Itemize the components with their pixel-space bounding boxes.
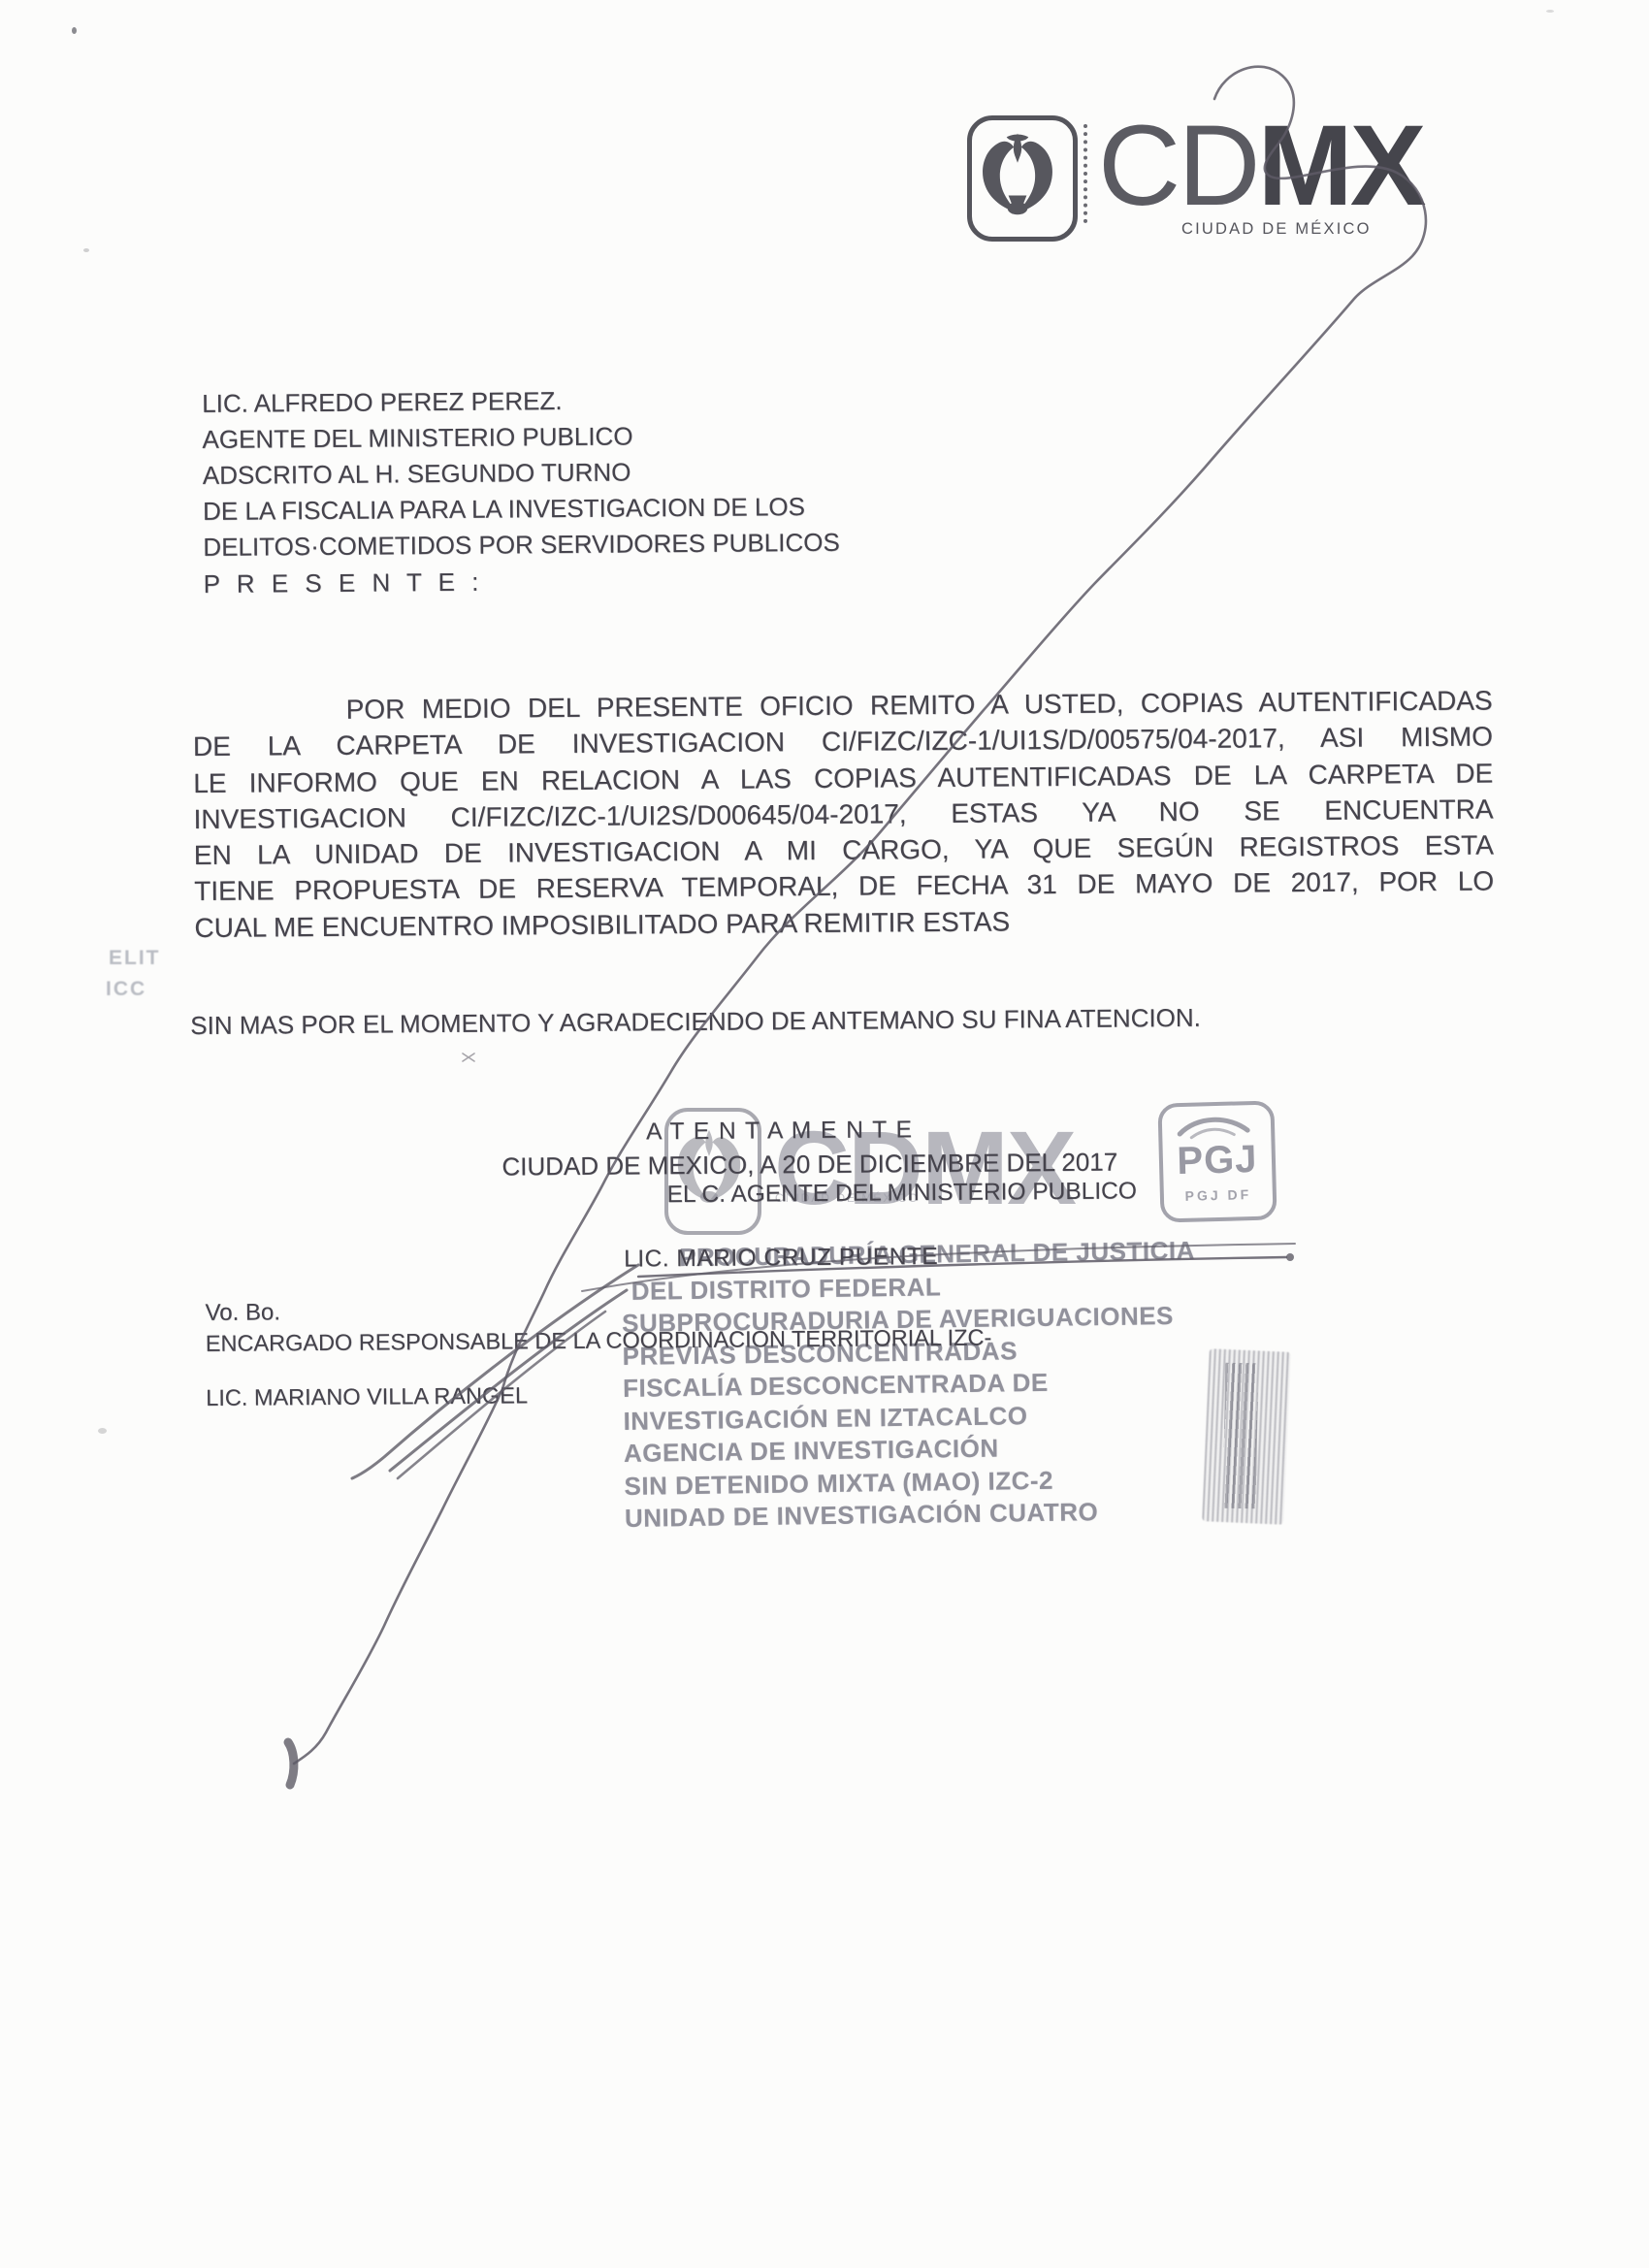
recipient-line: P R E S E N T E : <box>204 562 841 602</box>
body-line: POR MEDIO DEL PRESENTE OFICIO REMITO A U… <box>193 682 1493 729</box>
eagle-icon <box>972 120 1063 227</box>
tiny-x-mark <box>463 1053 474 1061</box>
pen-curl <box>390 1290 627 1471</box>
stamp-pgj-box: PGJ PGJ DF <box>1157 1100 1277 1222</box>
office-stamp-line: UNIDAD DE INVESTIGACIÓN CUATRO <box>625 1495 1199 1536</box>
underline-end-dot <box>1286 1253 1294 1261</box>
cdmx-logo-wordmark: CDMX <box>1098 109 1423 223</box>
stamp-edge-fragment: ELIT <box>109 947 161 970</box>
recipient-line: AGENTE DEL MINISTERIO PUBLICO <box>202 417 839 458</box>
office-stamp-text: PROCURADURÍA GENERAL DE JUSTICIA DEL DIS… <box>621 1235 1199 1536</box>
scan-speck <box>98 1428 107 1434</box>
recipient-block: LIC. ALFREDO PEREZ PEREZ. AGENTE DEL MIN… <box>202 381 840 602</box>
vobo-name: LIC. MARIANO VILLA RANGEL <box>206 1382 528 1411</box>
stamp-cdmx-emblem <box>664 1108 761 1235</box>
pen-curl <box>398 1312 605 1478</box>
scan-speck <box>1546 10 1554 13</box>
stamp-pgj-initials: PGJ <box>1162 1138 1272 1184</box>
ink-smudge <box>1223 1363 1259 1509</box>
body-line: DE LA CARPETA DE INVESTIGACION CI/FIZC/I… <box>193 719 1493 765</box>
recipient-line: DE LA FISCALIA PARA LA INVESTIGACION DE … <box>203 489 840 530</box>
logo-cd: CD <box>1098 102 1257 230</box>
vobo-label: Vo. Bo. <box>205 1299 280 1327</box>
body-line: CUAL ME ENCUENTRO IMPOSIBILITADO PARA RE… <box>194 899 1494 946</box>
body-line: LE INFORMO QUE EN RELACION A LAS COPIAS … <box>193 755 1493 801</box>
body-paragraph: POR MEDIO DEL PRESENTE OFICIO REMITO A U… <box>193 682 1495 946</box>
pen-ink-blob <box>288 1742 294 1785</box>
pgj-swoosh-icon <box>1162 1107 1264 1143</box>
body-line: TIENE PROPUESTA DE RESERVA TEMPORAL, DE … <box>194 863 1494 910</box>
recipient-line: LIC. ALFREDO PEREZ PEREZ. <box>202 381 839 422</box>
scanned-letter-page: CDMX CIUDAD DE MÉXICO CDMX CIUDAD DE MÉX… <box>0 0 1649 2268</box>
logo-tagline: CIUDAD DE MÉXICO <box>1181 220 1372 239</box>
recipient-line: ADSCRITO AL H. SEGUNDO TURNO <box>203 453 840 494</box>
closing-sentence: SIN MAS POR EL MOMENTO Y AGRADECIENDO DE… <box>190 1003 1201 1041</box>
logo-mx: MX <box>1257 102 1423 230</box>
stamp-eagle-icon <box>668 1112 750 1220</box>
stamp-edge-fragment: ICC <box>106 978 146 1001</box>
stamp-cdmx-tagline: CIUDAD DE MÉXICO <box>775 1191 920 1205</box>
cdmx-eagle-emblem <box>967 115 1078 242</box>
scan-speck <box>72 27 77 34</box>
body-line: EN LA UNIDAD DE INVESTIGACION A MI CARGO… <box>194 827 1494 874</box>
logo-divider <box>1083 124 1087 223</box>
recipient-line: DELITOS·COMETIDOS POR SERVIDORES PUBLICO… <box>203 525 840 566</box>
scan-speck <box>83 248 89 252</box>
pen-curl <box>352 1265 638 1478</box>
body-line: INVESTIGACION CI/FIZC/IZC-1/UI2S/D00645/… <box>193 791 1493 837</box>
stamp-pgj-sub: PGJ DF <box>1164 1186 1273 1205</box>
